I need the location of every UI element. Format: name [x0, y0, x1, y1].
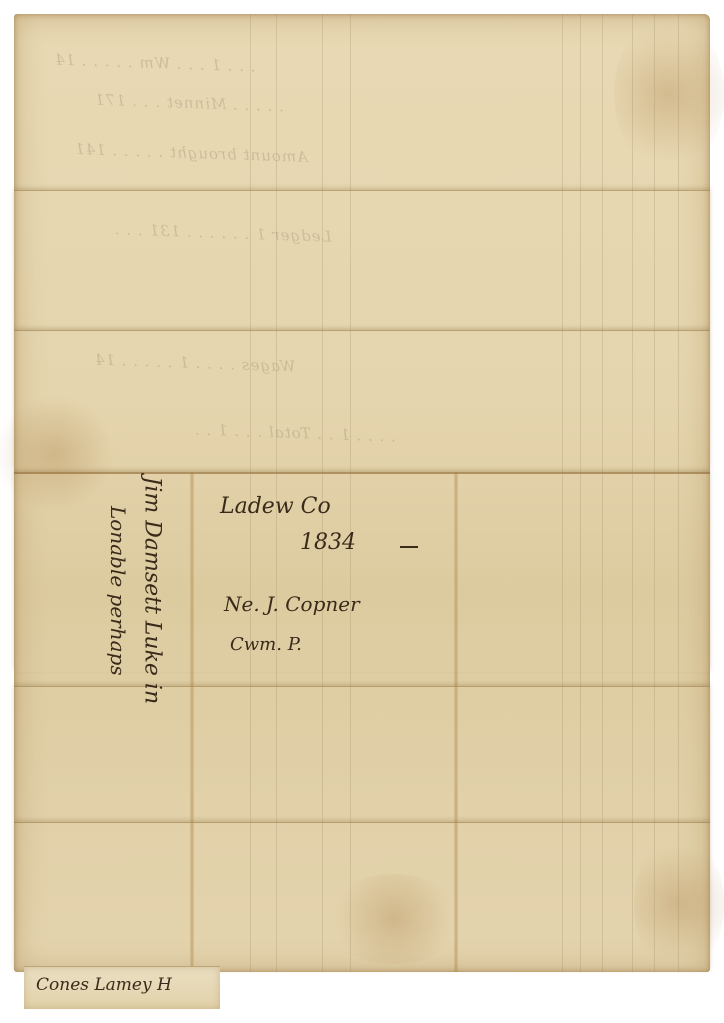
ledger-rule: [562, 14, 563, 972]
docket-line-4: Cwm. P.: [230, 634, 302, 655]
vertical-crease: [190, 472, 194, 972]
vertical-note-line-2: Lonable perhaps: [106, 506, 130, 746]
ledger-rule: [350, 14, 351, 972]
docket-line-1: Ladew Co: [220, 494, 331, 519]
fold-panel-2: [14, 190, 710, 330]
docket-line-3: Ne. J. Copner: [224, 592, 360, 616]
vertical-note-line-1: Jim Damsett Luke in: [140, 477, 165, 897]
stain: [324, 874, 464, 964]
stain: [614, 14, 724, 174]
ledger-rule: [632, 14, 633, 972]
docket-dash: [400, 546, 418, 548]
document-sheet: . . . 1 . . . Wm . . . . . 14 . . . . . …: [14, 14, 710, 972]
bottom-tab: Cones Lamey H: [24, 966, 220, 1009]
ledger-rule: [322, 14, 323, 972]
bottom-tab-text: Cones Lamey H: [36, 975, 172, 995]
stain: [634, 834, 724, 974]
ledger-rule: [580, 14, 581, 972]
docket-line-2: 1834: [300, 530, 356, 555]
ledger-rule: [602, 14, 603, 972]
